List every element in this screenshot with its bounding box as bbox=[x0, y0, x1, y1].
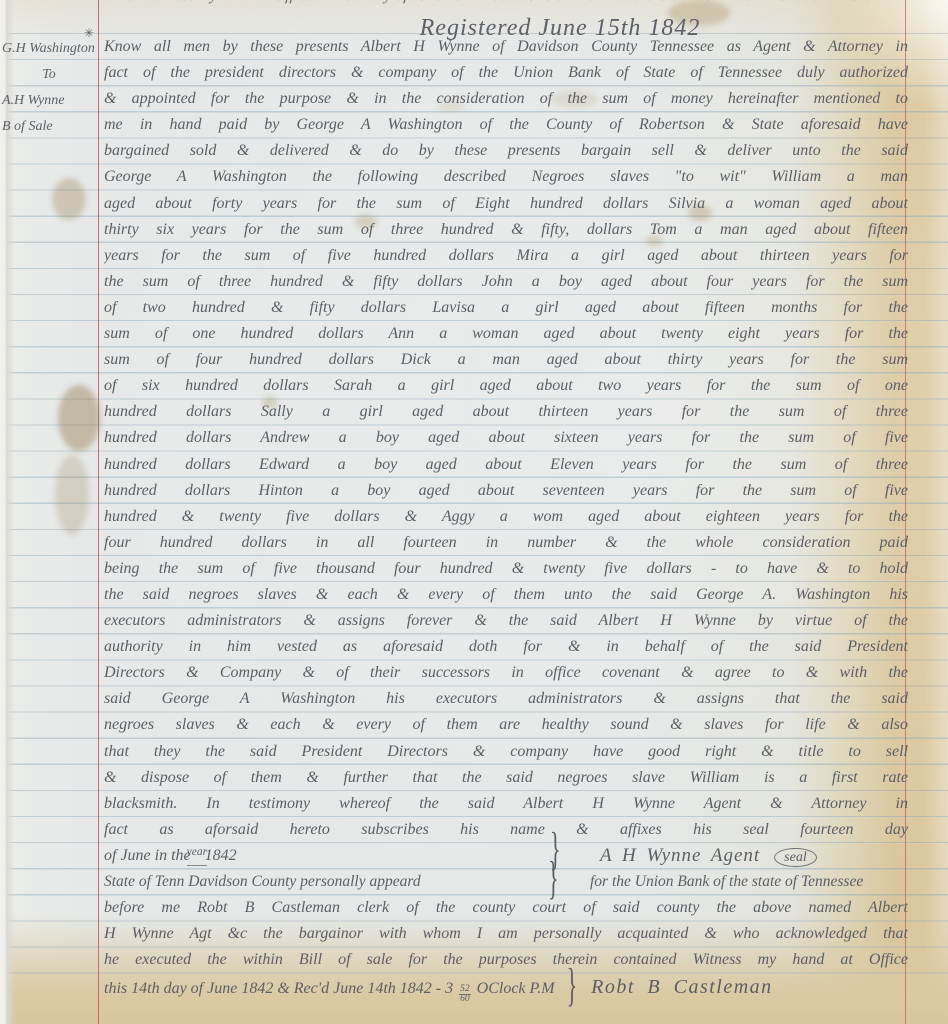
document-line: of six hundred dollars Sarah a girl aged… bbox=[104, 373, 908, 399]
deed-body: Know all men by these presents Albert H … bbox=[104, 34, 908, 843]
asterisk-mark: ✳ bbox=[84, 26, 94, 41]
document-line: sum of one hundred dollars Ann a woman a… bbox=[104, 321, 908, 347]
castleman-signature: Robt B Castleman bbox=[591, 976, 773, 998]
seal-mark: seal bbox=[774, 848, 817, 867]
document-line: the sum of three hundred & fifty dollars… bbox=[104, 269, 908, 295]
document-line: & dispose of them & further that the sai… bbox=[104, 765, 908, 791]
execution-year: 1842 bbox=[205, 847, 237, 864]
final-date-text: this 14th day of June 1842 & Rec'd June … bbox=[104, 980, 453, 997]
document-line: me in hand paid by George A Washington o… bbox=[104, 112, 908, 138]
document-line: before me Robt B Castleman clerk of the … bbox=[104, 895, 908, 921]
ink-stain bbox=[52, 178, 86, 220]
ink-stain bbox=[58, 385, 100, 451]
document-line: hundred dollars Hinton a boy aged about … bbox=[104, 478, 908, 504]
margin-grantor: A.H Wynne bbox=[2, 88, 96, 114]
document-line: he executed the within Bill of sale for … bbox=[104, 947, 908, 973]
document-line: aged about forty years for the sum of Ei… bbox=[104, 191, 908, 217]
document-line: authority in him vested as aforesaid dot… bbox=[104, 634, 908, 660]
time-fraction: 5260 bbox=[459, 985, 471, 1003]
document-line: Know all men by these presents Albert H … bbox=[104, 34, 908, 60]
document-line: George A Washington the following descri… bbox=[104, 164, 908, 190]
acknowledgment-block: State of Tenn Davidson County personally… bbox=[104, 869, 908, 1000]
document-line: fact as aforsaid hereto subscribes his n… bbox=[104, 817, 908, 843]
document-line: that they the said President Directors &… bbox=[104, 739, 908, 765]
document-line: negroes slaves & each & every of them ar… bbox=[104, 712, 908, 738]
document-line: blacksmith. In testimony whereof the sai… bbox=[104, 791, 908, 817]
document-line: & appointed for the purpose & in the con… bbox=[104, 86, 908, 112]
oclock-text: OClock P.M bbox=[477, 980, 555, 997]
red-margin-line-left bbox=[98, 0, 99, 1024]
acknowledgment-row: State of Tenn Davidson County personally… bbox=[104, 869, 908, 895]
document-line: bargained sold & delivered & do by these… bbox=[104, 138, 908, 164]
document-line: said George A Washington his executors a… bbox=[104, 686, 908, 712]
wynne-signature: A H Wynne Agentseal bbox=[600, 843, 817, 869]
acknowledgment-lines: before me Robt B Castleman clerk of the … bbox=[104, 895, 908, 973]
margin-grantee: G.H Washington bbox=[2, 36, 96, 62]
document-line: hundred dollars Edward a boy aged about … bbox=[104, 452, 908, 478]
document-line: of two hundred & fifty dollars Lavisa a … bbox=[104, 295, 908, 321]
margin-annotation: G.H Washington To A.H Wynne B of Sale bbox=[2, 36, 96, 140]
deed-book-page-scan: tained Witness my hand at Office this 8t… bbox=[0, 0, 948, 1024]
execution-line: of June in theyear1842 } A H Wynne Agent… bbox=[104, 843, 908, 870]
document-line: hundred dollars Sally a girl aged about … bbox=[104, 399, 908, 425]
ack-left-text: State of Tenn Davidson County personally… bbox=[104, 869, 421, 895]
document-line: sum of four hundred dollars Dick a man a… bbox=[104, 347, 908, 373]
previous-entry-fragment: tained Witness my hand at Office this 8t… bbox=[101, 0, 948, 5]
ack-right-text: for the Union Bank of the state of Tenne… bbox=[590, 869, 863, 895]
scan-edge-left bbox=[0, 0, 16, 1024]
document-line: hundred dollars Andrew a boy aged about … bbox=[104, 425, 908, 451]
final-brace: } bbox=[567, 959, 578, 1014]
ink-stain bbox=[55, 455, 89, 535]
document-line: the said negroes slaves & each & every o… bbox=[104, 582, 908, 608]
document-line: four hundred dollars in all fourteen in … bbox=[104, 530, 908, 556]
document-line: being the sum of five thousand four hund… bbox=[104, 556, 908, 582]
document-line: hundred & twenty five dollars & Aggy a w… bbox=[104, 504, 908, 530]
execution-date: of June in theyear1842 bbox=[104, 843, 237, 869]
ack-brace: } bbox=[548, 852, 559, 907]
document-line: executors administrators & assigns forev… bbox=[104, 608, 908, 634]
inserted-word: year bbox=[187, 839, 207, 866]
margin-connector: To bbox=[2, 62, 96, 88]
document-line: years for the sum of five hundred dollar… bbox=[104, 243, 908, 269]
final-row: this 14th day of June 1842 & Rec'd June … bbox=[104, 973, 908, 1000]
document-line: H Wynne Agt &c the bargainor with whom I… bbox=[104, 921, 908, 947]
document-line: thirty six years for the sum of three hu… bbox=[104, 217, 908, 243]
margin-doc-type: B of Sale bbox=[2, 114, 96, 140]
document-line: Directors & Company & of their successor… bbox=[104, 660, 908, 686]
document-line: fact of the president directors & compan… bbox=[104, 60, 908, 86]
